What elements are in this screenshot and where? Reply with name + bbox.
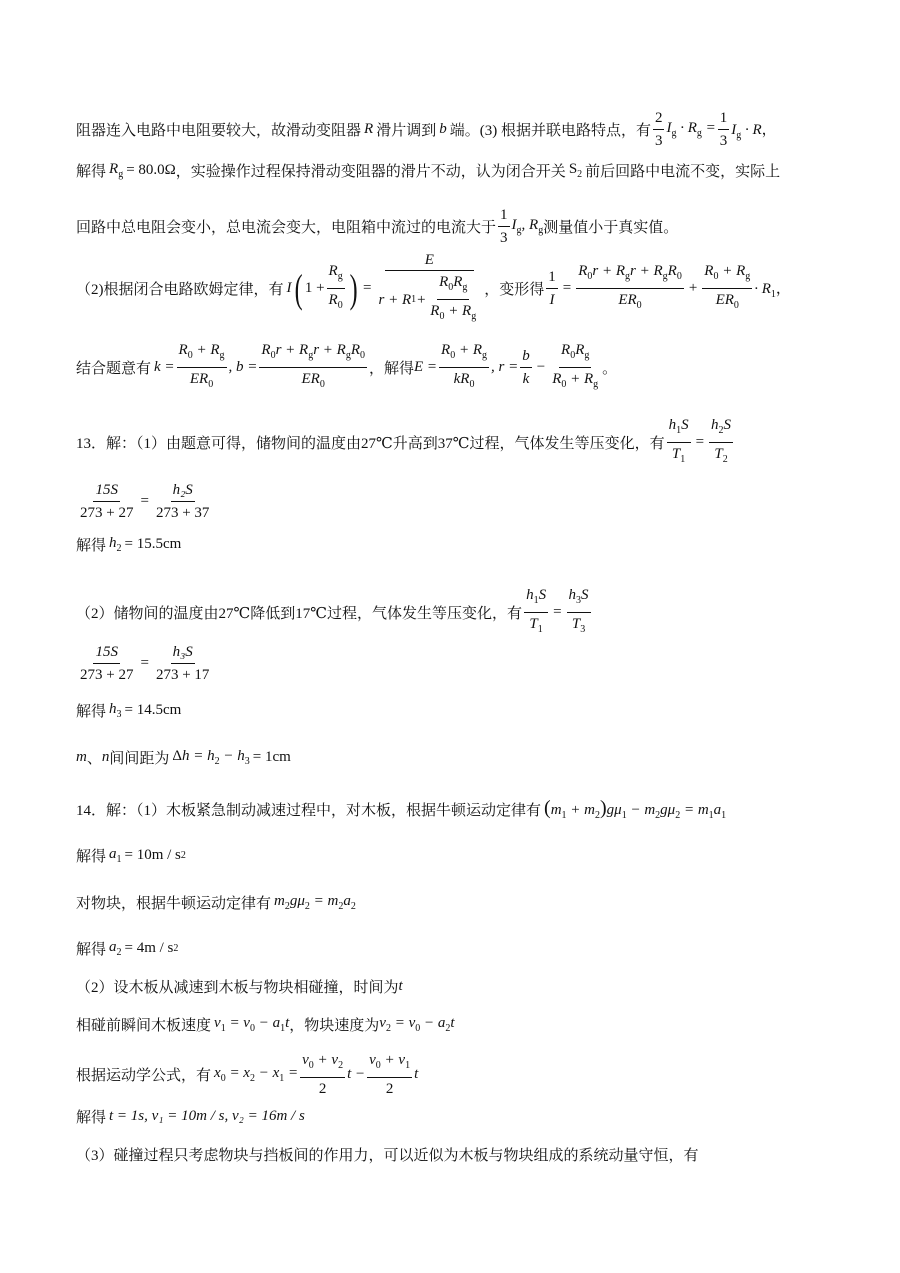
- fraction: 13: [498, 205, 510, 248]
- fraction: h₃S273 + 17: [154, 642, 211, 685]
- paragraph-line: 对物块，根据牛顿运动定律有 m2gμ2 = m2a2: [76, 892, 356, 913]
- text: 解得: [76, 938, 106, 959]
- question-13-heading: 13．解：（1）由题意可得，储物间的温度由27℃升高到37℃过程，气体发生等压变…: [76, 415, 735, 470]
- text: 。: [602, 357, 617, 378]
- result-line: 解得 t = 1s, v₁ = 10m / s, v₂ = 16m / s: [76, 1106, 305, 1127]
- text: 13．解：（1）由题意可得，储物间的温度由27℃升高到37℃过程，气体发生等压变…: [76, 432, 665, 453]
- fraction: bk: [520, 346, 532, 389]
- symbol-I: I: [287, 280, 292, 297]
- fraction: 1I: [546, 267, 558, 310]
- question-14-part3: （3）碰撞过程只考虑物块与挡板间的作用力，可以近似为木板与物块组成的系统动量守恒…: [76, 1144, 699, 1165]
- paragraph-line: 解得 Rg = 80.0Ω ，实验操作过程保持滑动变阻器的滑片不动，认为闭合开关…: [76, 160, 780, 181]
- text: 阻器连入电路中电阻要较大，故滑动变阻器: [76, 119, 361, 140]
- fraction: RgR0: [327, 261, 345, 316]
- text: 解得: [76, 700, 106, 721]
- fraction: h1ST1: [667, 415, 691, 470]
- text: （2)根据闭合电路欧姆定律，有: [76, 278, 284, 299]
- text: 解得: [76, 534, 106, 555]
- paragraph-line: 阻器连入电路中电阻要较大，故滑动变阻器 R 滑片调到 b 端。(3) 根据并联电…: [76, 108, 777, 151]
- equation-line: 15S273 + 27 = h₂S273 + 37: [76, 480, 213, 523]
- symbol-R: R: [364, 121, 373, 138]
- equation-line: 结合题意有 k = R0 + RgER0 , b = R0r + Rgr + R…: [76, 340, 617, 395]
- text: 、: [87, 747, 102, 768]
- question-13-part2: （2）储物间的温度由27℃降低到17℃过程，气体发生等压变化，有 h1ST1 =…: [76, 585, 593, 640]
- value: = 1cm: [253, 749, 291, 766]
- fraction: h₂S273 + 37: [154, 480, 211, 523]
- paren: (: [294, 269, 302, 309]
- text: 1 +: [305, 280, 325, 297]
- fraction: R0r + Rgr + RgR0ER0: [576, 261, 684, 316]
- result-line: 解得 a2 = 4m / s2: [76, 938, 178, 959]
- value: = 14.5cm: [125, 702, 182, 719]
- fraction: R0RgR0 + Rg: [550, 340, 600, 395]
- text: （2）储物间的温度由27℃降低到17℃过程，气体发生等压变化，有: [76, 602, 522, 623]
- fraction: 23: [653, 108, 665, 151]
- text: 解得: [76, 160, 106, 181]
- text: （2）设木板从减速到木板与物块相碰撞，时间为: [76, 976, 399, 997]
- formula: Ig, Rg: [512, 217, 544, 236]
- result-line: 解得 a1 = 10m / s2: [76, 845, 186, 866]
- symbol-S2: S2: [569, 161, 582, 180]
- equals: =: [363, 280, 371, 297]
- fraction: E r + R1 + R0RgR0 + Rg: [377, 250, 483, 327]
- value: = 80.0Ω: [126, 162, 176, 179]
- equation-line: 15S273 + 27 = h₃S273 + 17: [76, 642, 213, 685]
- fraction: 15S273 + 27: [78, 480, 135, 523]
- fraction: 15S273 + 27: [78, 642, 135, 685]
- text: 测量值小于真实值。: [543, 216, 678, 237]
- formula: Ig · R，: [731, 118, 776, 141]
- formula: Ig · Rg =: [666, 120, 715, 139]
- value: = 4m / s: [125, 940, 174, 957]
- fraction: h1ST1: [524, 585, 548, 640]
- symbol-Rg: Rg: [109, 161, 123, 180]
- question-14-heading: 14．解：（1）木板紧急制动减速过程中，对木板，根据牛顿运动定律有 (m1 + …: [76, 797, 726, 821]
- text: 解得: [76, 845, 106, 866]
- text: 前后回路中电流不变，实际上: [585, 160, 780, 181]
- fraction: h2ST2: [709, 415, 733, 470]
- paren: ): [349, 269, 357, 309]
- text: 回路中总电阻会变小，总电流会变大，电阻箱中流过的电流大于: [76, 216, 496, 237]
- fraction: 13: [718, 108, 730, 151]
- symbol-b: b: [439, 121, 447, 138]
- fraction: h3ST3: [567, 585, 591, 640]
- value: = 10m / s: [125, 847, 181, 864]
- text: 解得: [76, 1106, 106, 1127]
- text: ，变形得: [484, 278, 544, 299]
- text: 滑片调到: [376, 119, 436, 140]
- text: ，物块速度为: [289, 1014, 379, 1035]
- text: 相碰前瞬间木板速度: [76, 1014, 211, 1035]
- text: （3）碰撞过程只考虑物块与挡板间的作用力，可以近似为木板与物块组成的系统动量守恒…: [76, 1144, 699, 1165]
- fraction: R0 + RgER0: [702, 261, 752, 316]
- result-line: 解得 h2 = 15.5cm: [76, 534, 181, 555]
- paragraph-line: 相碰前瞬间木板速度 v1 = v0 − a1t ，物块速度为 v2 = v0 −…: [76, 1014, 455, 1035]
- value: = 15.5cm: [125, 536, 182, 553]
- paragraph-line: 回路中总电阻会变小，总电流会变大，电阻箱中流过的电流大于 13 Ig, Rg 测…: [76, 205, 678, 248]
- fraction: v0 + v12: [367, 1050, 412, 1099]
- text: 14．解：（1）木板紧急制动减速过程中，对木板，根据牛顿运动定律有: [76, 799, 541, 820]
- text: 根据运动学公式，有: [76, 1064, 211, 1085]
- text: 间间距为: [109, 747, 169, 768]
- text: ，实验操作过程保持滑动变阻器的滑片不动，认为闭合开关: [176, 160, 566, 181]
- text: 对物块，根据牛顿运动定律有: [76, 892, 271, 913]
- fraction: R0 + RgkR0: [439, 340, 489, 395]
- result-line: m 、 n 间间距为 Δh = h2 − h3 = 1cm: [76, 747, 291, 768]
- value: t = 1s, v₁ = 10m / s, v₂ = 16m / s: [109, 1108, 305, 1125]
- formula: · R1，: [754, 277, 791, 300]
- question-14-part2: （2）设木板从减速到木板与物块相碰撞，时间为 t: [76, 976, 403, 997]
- text: 端。(3) 根据并联电路特点，有: [450, 119, 651, 140]
- fraction: R0 + RgER0: [177, 340, 227, 395]
- equation-line: 根据运动学公式，有 x0 = x2 − x1 = v0 + v22 t − v0…: [76, 1050, 418, 1099]
- result-line: 解得 h3 = 14.5cm: [76, 700, 181, 721]
- text: 结合题意有: [76, 357, 151, 378]
- equation-line: （2)根据闭合电路欧姆定律，有 I ( 1 + RgR0 ) = E r + R…: [76, 250, 791, 327]
- text: ，解得: [369, 357, 414, 378]
- fraction: R0r + Rgr + RgR0ER0: [259, 340, 367, 395]
- fraction: v0 + v22: [300, 1050, 345, 1099]
